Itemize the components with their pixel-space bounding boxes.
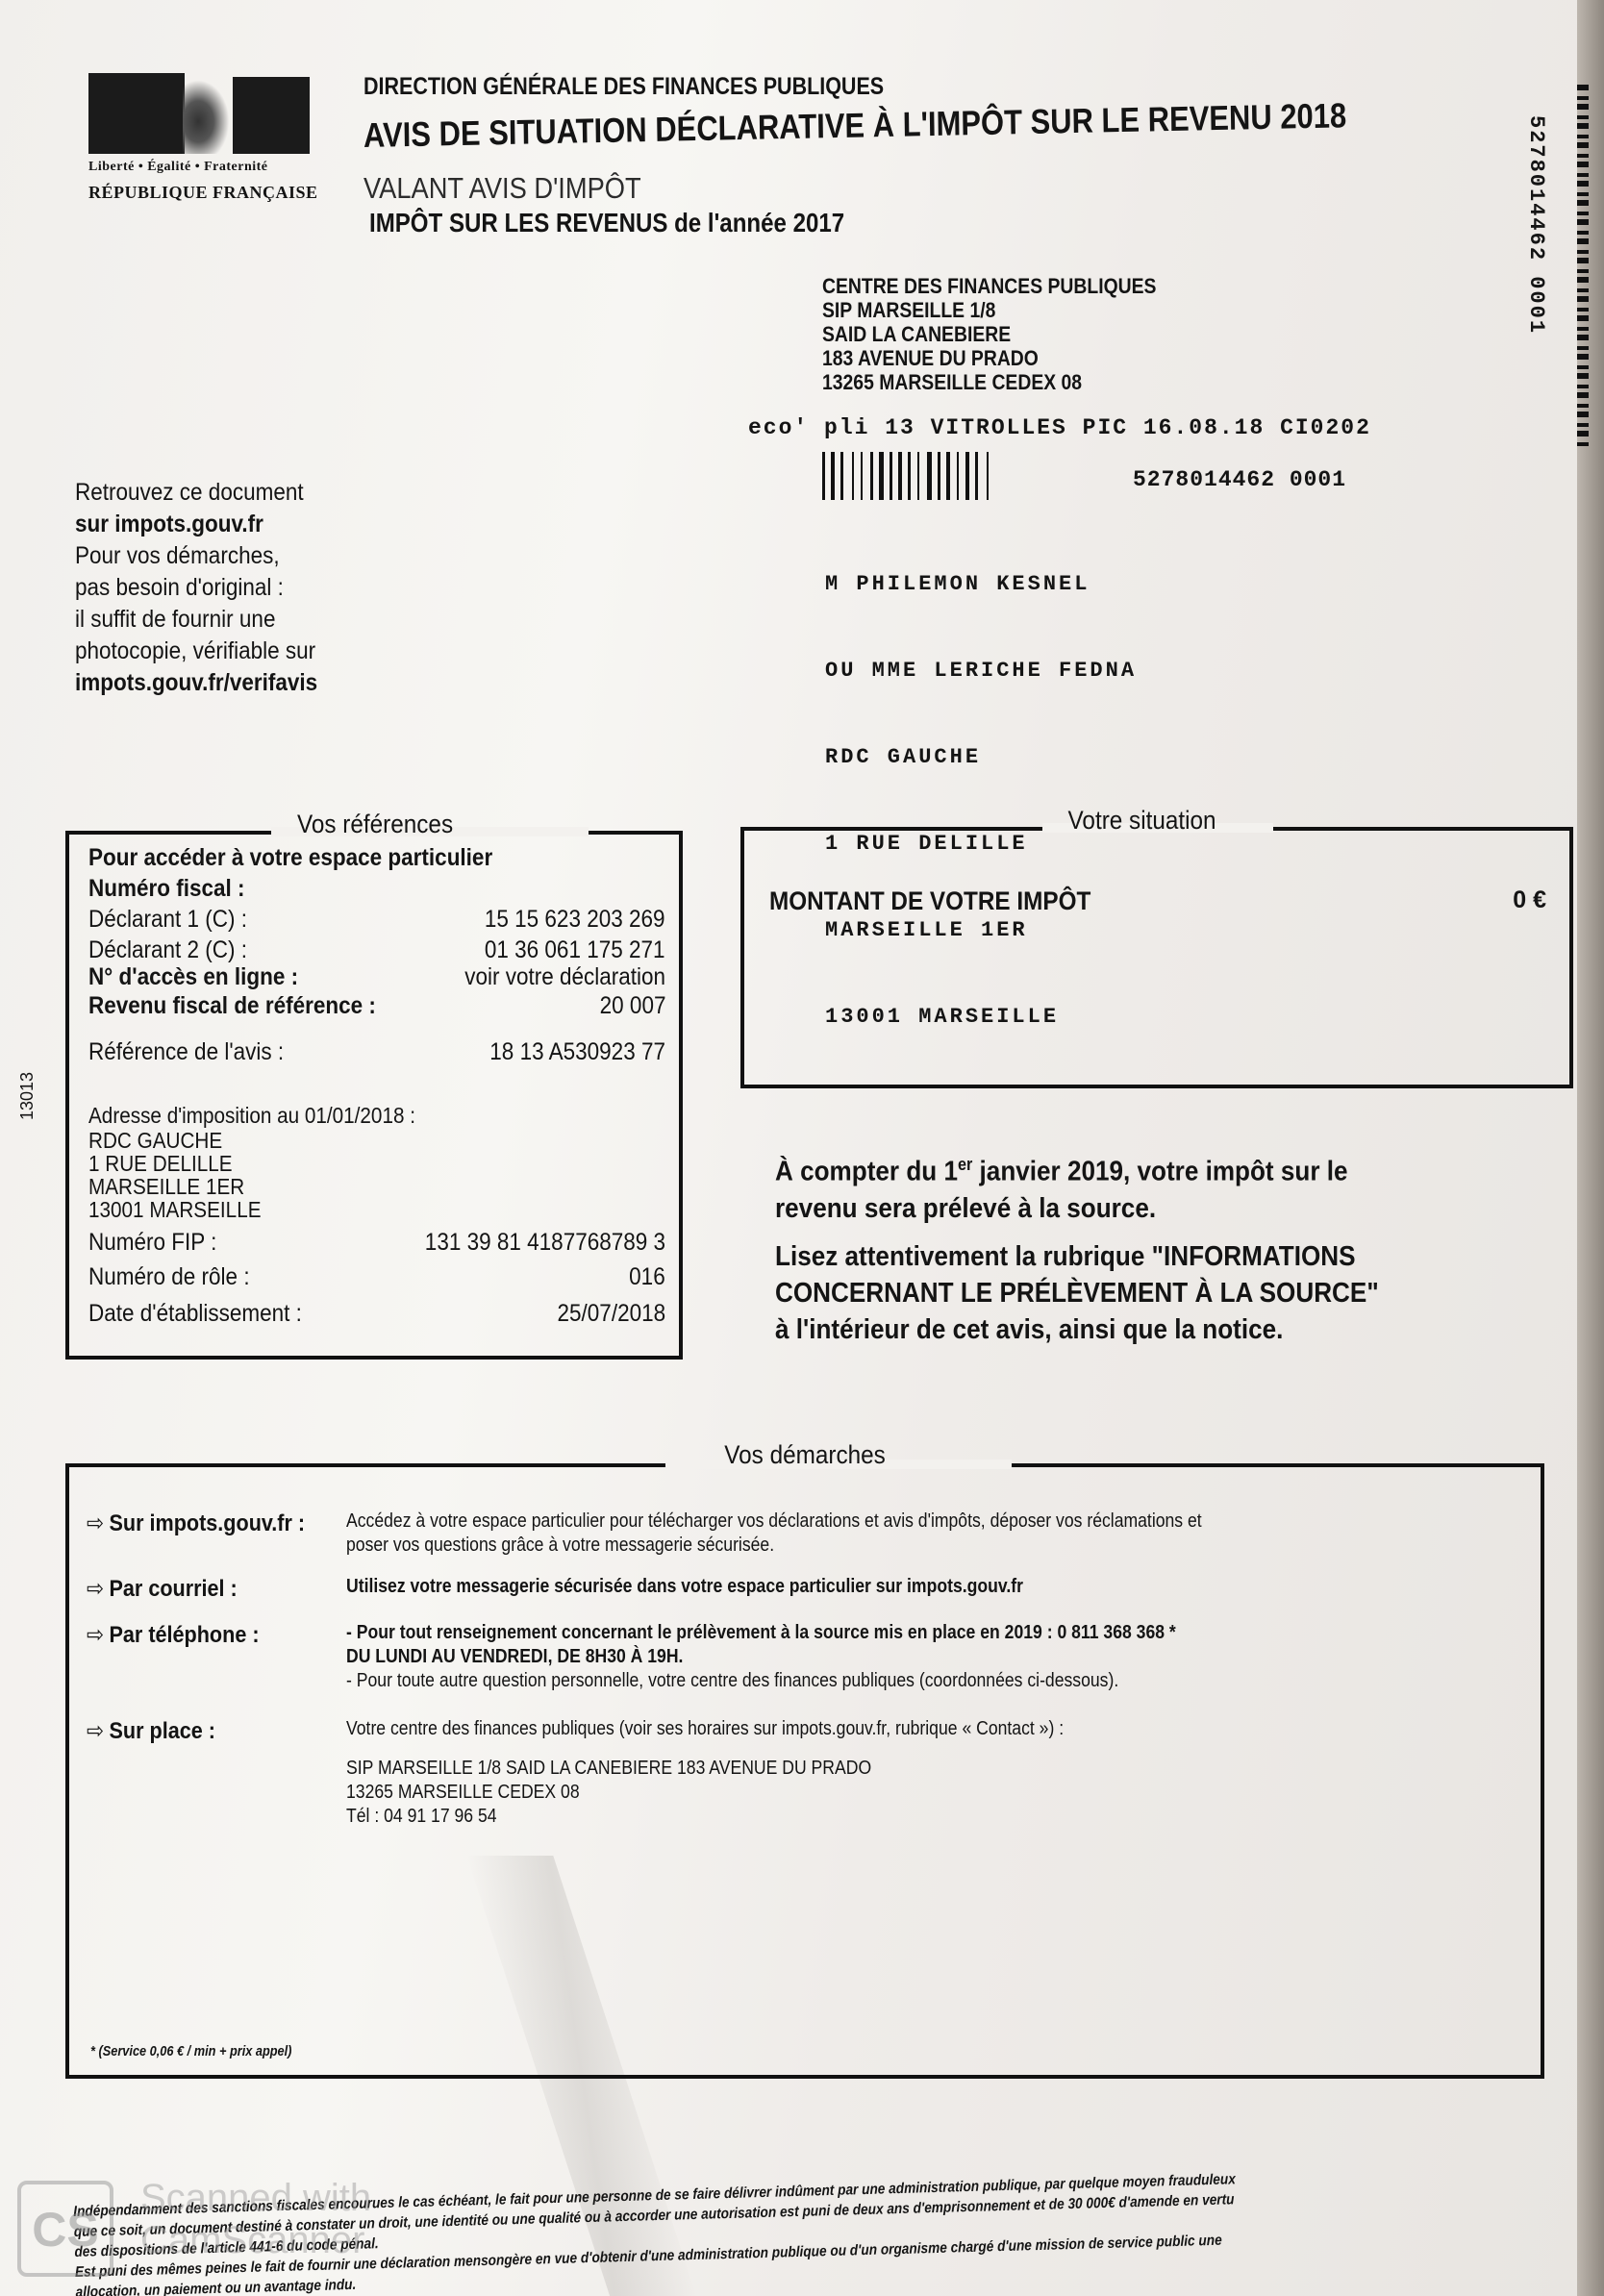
vertical-barcode <box>1577 85 1589 450</box>
procedure-label: Sur impots.gouv.fr : <box>109 1510 305 1536</box>
centre-line: 183 AVENUE DU PRADO <box>822 346 1156 370</box>
recipient-line: M PHILEMON KESNEL <box>825 570 1137 599</box>
references-legend: Vos références <box>287 810 464 839</box>
tax-amount-label: MONTANT DE VOTRE IMPÔT <box>769 886 1090 916</box>
procedure-label: Sur place : <box>109 1718 214 1744</box>
role-value: 016 <box>629 1263 665 1291</box>
situation-box: Votre situation MONTANT DE VOTRE IMPÔT 0… <box>740 827 1573 1088</box>
notice-line: Pour vos démarches, <box>75 540 317 572</box>
centre-line: SAID LA CANEBIERE <box>822 322 1156 346</box>
procedures-box: Vos démarches ⇨Sur impots.gouv.fr : Accé… <box>65 1463 1544 2079</box>
fip-value: 131 39 81 4187768789 3 <box>425 1229 665 1257</box>
withholding-line: janvier 2019, votre impôt sur le <box>972 1157 1347 1187</box>
tax-year-line: IMPÔT SUR LES REVENUS de l'année 2017 <box>369 208 844 238</box>
phone-hours-line: DU LUNDI AU VENDREDI, DE 8H30 À 19H. <box>346 1645 1176 1669</box>
declarant2-label: Déclarant 2 (C) : <box>88 936 247 964</box>
arrow-right-icon: ⇨ <box>87 1718 104 1744</box>
tax-address-line: 1 RUE DELILLE <box>88 1152 415 1175</box>
ref-avis-label: Référence de l'avis : <box>88 1038 284 1066</box>
logo-block-left <box>88 73 185 154</box>
document-subtitle: VALANT AVIS D'IMPÔT <box>363 171 641 206</box>
procedure-online: ⇨Sur impots.gouv.fr : Accédez à votre es… <box>87 1510 1318 1558</box>
marianne-profile-icon <box>183 73 235 154</box>
marianne-logo: Liberté • Égalité • Fraternité RÉPUBLIQU… <box>87 73 313 217</box>
espace-heading: Pour accéder à votre espace particulier <box>88 844 492 872</box>
acces-value: voir votre déclaration <box>464 963 665 991</box>
acces-label: N° d'accès en ligne : <box>88 963 298 991</box>
numero-fiscal-label: Numéro fiscal : <box>88 875 245 903</box>
procedure-text: Votre centre des finances publiques (voi… <box>346 1717 1064 1741</box>
side-code: 13013 <box>17 1072 38 1120</box>
camscanner-logo-icon: CS <box>17 2181 113 2277</box>
date-label: Date d'établissement : <box>88 1300 302 1328</box>
role-label: Numéro de rôle : <box>88 1263 250 1291</box>
vertical-tracking-code: 5278014462 0001 <box>1524 115 1548 335</box>
phone-cost-footnote: * (Service 0,06 € / min + prix appel) <box>90 2043 291 2059</box>
withholding-line: À compter du 1 <box>775 1157 958 1187</box>
withholding-notice: À compter du 1er janvier 2019, votre imp… <box>775 1146 1379 1360</box>
procedure-text: poser vos questions grâce à votre messag… <box>346 1534 1202 1558</box>
withholding-line: CONCERNANT LE PRÉLÈVEMENT À LA SOURCE" <box>775 1278 1379 1309</box>
notice-link[interactable]: sur impots.gouv.fr <box>75 509 317 540</box>
declarant1-label: Déclarant 1 (C) : <box>88 906 247 934</box>
issuer-direction: DIRECTION GÉNÉRALE DES FINANCES PUBLIQUE… <box>363 73 884 101</box>
tax-address-line: RDC GAUCHE <box>88 1129 415 1152</box>
camscanner-watermark: Scanned with CamScanner <box>140 2177 371 2261</box>
centre-line: 13265 MARSEILLE CEDEX 08 <box>822 370 1156 394</box>
watermark-line: CamScanner <box>140 2219 371 2261</box>
centre-line: SIP MARSEILLE 1/8 <box>822 298 1156 322</box>
onsite-address-line: 13265 MARSEILLE CEDEX 08 <box>346 1781 1064 1805</box>
fip-label: Numéro FIP : <box>88 1229 216 1257</box>
logo-motto: Liberté • Égalité • Fraternité <box>88 160 268 175</box>
arrow-right-icon: ⇨ <box>87 1622 104 1648</box>
situation-legend: Votre situation <box>1058 806 1227 836</box>
recipient-line: OU MME LERICHE FEDNA <box>825 657 1137 686</box>
phone-other-line: - Pour toute autre question personnelle,… <box>346 1669 1176 1693</box>
arrow-right-icon: ⇨ <box>87 1576 104 1602</box>
procedure-text: Accédez à votre espace particulier pour … <box>346 1510 1202 1534</box>
tax-address: Adresse d'imposition au 01/01/2018 : RDC… <box>88 1104 415 1221</box>
recipient-line: RDC GAUCHE <box>825 743 1137 772</box>
procedure-onsite: ⇨Sur place : Votre centre des finances p… <box>87 1717 1162 1829</box>
onsite-phone: Tél : 04 91 17 96 54 <box>346 1805 1064 1829</box>
barcode <box>822 452 1068 500</box>
postal-line: eco' pli 13 VITROLLES PIC 16.08.18 CI020… <box>748 415 1371 440</box>
rfr-label: Revenu fiscal de référence : <box>88 992 376 1020</box>
procedure-phone: ⇨Par téléphone : - Pour tout renseigneme… <box>87 1621 1289 1693</box>
notice-line: Retrouvez ce document <box>75 477 317 509</box>
procedures-legend: Vos démarches <box>714 1440 896 1470</box>
arrow-right-icon: ⇨ <box>87 1510 104 1536</box>
references-box: Vos références Pour accéder à votre espa… <box>65 831 683 1360</box>
tax-centre-address: CENTRE DES FINANCES PUBLIQUES SIP MARSEI… <box>822 274 1156 394</box>
procedure-email: ⇨Par courriel : Utilisez votre messageri… <box>87 1575 1115 1603</box>
procedure-label: Par téléphone : <box>109 1622 259 1648</box>
withholding-line: à l'intérieur de cet avis, ainsi que la … <box>775 1314 1283 1345</box>
declarant1-value: 15 15 623 203 269 <box>485 906 665 934</box>
logo-block-right <box>233 77 310 154</box>
verifavis-link[interactable]: impots.gouv.fr/verifavis <box>75 667 317 699</box>
centre-line: CENTRE DES FINANCES PUBLIQUES <box>822 274 1156 298</box>
notice-line: photocopie, vérifiable sur <box>75 636 317 667</box>
tax-amount-value: 0 € <box>1513 886 1546 914</box>
declarant2-value: 01 36 061 175 271 <box>485 936 665 964</box>
tax-address-line: MARSEILLE 1ER <box>88 1175 415 1198</box>
withholding-line: revenu sera prélevé à la source. <box>775 1193 1156 1224</box>
online-verification-notice: Retrouvez ce document sur impots.gouv.fr… <box>75 477 317 699</box>
withholding-line: Lisez attentivement la rubrique "INFORMA… <box>775 1241 1356 1272</box>
date-value: 25/07/2018 <box>557 1300 665 1328</box>
rfr-value: 20 007 <box>599 992 665 1020</box>
procedure-label: Par courriel : <box>109 1576 237 1602</box>
procedure-text: Utilisez votre messagerie sécurisée dans… <box>346 1575 1023 1599</box>
ref-avis-value: 18 13 A530923 77 <box>489 1038 665 1066</box>
notice-line: il suffit de fournir une <box>75 604 317 636</box>
onsite-address-line: SIP MARSEILLE 1/8 SAID LA CANEBIERE 183 … <box>346 1757 1064 1781</box>
phone-info-line: - Pour tout renseignement concernant le … <box>346 1621 1176 1645</box>
logo-republic: RÉPUBLIQUE FRANÇAISE <box>88 183 318 203</box>
notice-line: pas besoin d'original : <box>75 572 317 604</box>
barcode-number: 5278014462 0001 <box>1133 467 1346 492</box>
tax-address-line: 13001 MARSEILLE <box>88 1198 415 1221</box>
tax-address-label: Adresse d'imposition au 01/01/2018 : <box>88 1104 415 1127</box>
watermark-line: Scanned with <box>140 2177 371 2219</box>
ordinal-suffix: er <box>958 1155 972 1174</box>
